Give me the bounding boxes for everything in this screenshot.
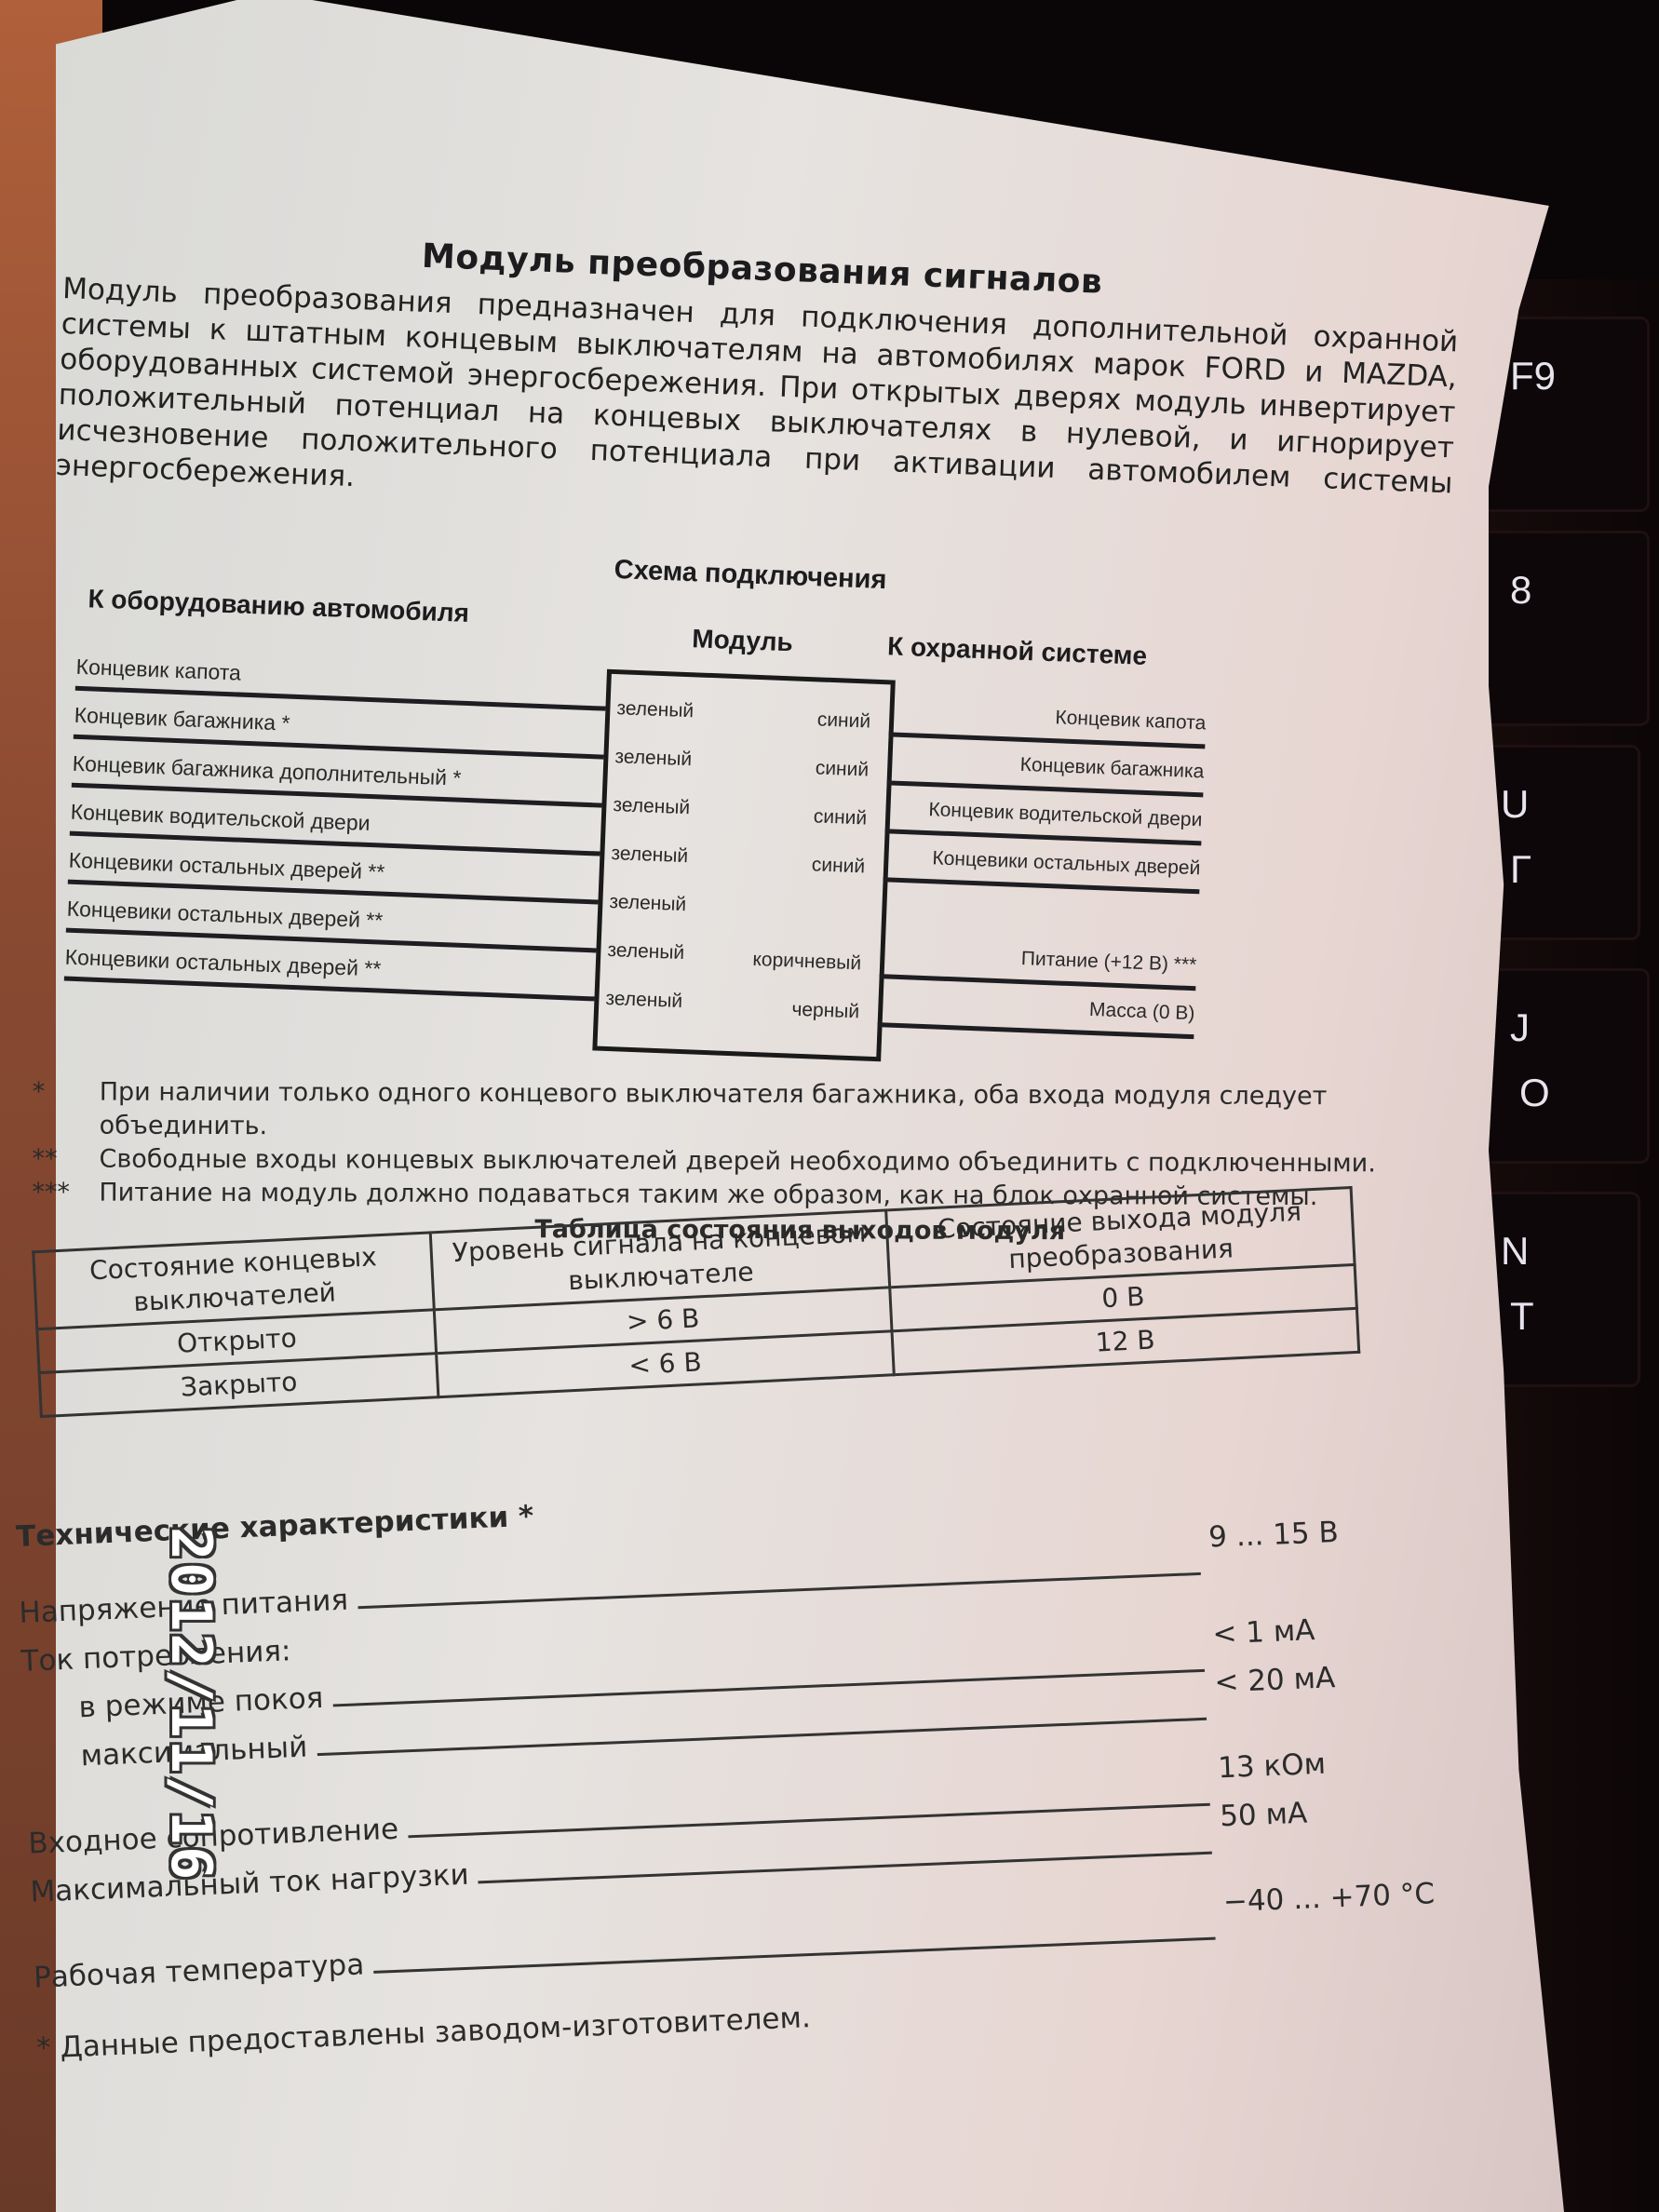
- photo-date-stamp: 2012/11/16: [158, 1527, 223, 1882]
- spec-name: Рабочая температура: [34, 1948, 365, 1994]
- module-header: Модуль: [692, 624, 794, 657]
- technical-specs: Технические характеристики * Напряжение …: [15, 1464, 1432, 2066]
- wiring-diagram: К оборудованию автомобиля Модуль К охран…: [34, 573, 1447, 1092]
- module-input-pin: зеленый: [607, 939, 685, 964]
- spec-value: < 20 мА: [1214, 1658, 1420, 1700]
- left-wire-label: Концевик капота: [75, 654, 241, 686]
- spec-value: −40 ... +70 °C: [1222, 1877, 1428, 1919]
- spec-value: 9 ... 15 В: [1208, 1513, 1414, 1555]
- left-wire-label: Концевики остальных дверей **: [66, 897, 384, 934]
- keyboard-key: 8: [1473, 531, 1650, 726]
- spec-value: 50 мА: [1220, 1791, 1425, 1833]
- right-wire-label: [883, 894, 1199, 906]
- left-wire-label: Концевик багажника *: [74, 703, 290, 736]
- wire-line: [883, 877, 1199, 894]
- left-wire-label: Концевики остальных дверей **: [64, 945, 382, 982]
- intro-paragraph: Модуль преобразования предназначен для п…: [55, 271, 1459, 536]
- left-wire-label: Концевик водительской двери: [70, 800, 371, 836]
- footnote: ** Свободные входы концевых выключателей…: [32, 1142, 1428, 1180]
- module-input-pin: зеленый: [605, 988, 683, 1013]
- right-column-header: К охранной системе: [887, 631, 1148, 671]
- wire-line: [888, 732, 1205, 749]
- module-input-pin: зеленый: [614, 746, 693, 771]
- spec-value: < 1 мА: [1212, 1610, 1418, 1652]
- module-input-pin: зеленый: [613, 794, 691, 819]
- right-wire-label: Концевик водительской двери: [885, 797, 1203, 831]
- footnotes: * При наличии только одного концевого вы…: [32, 1075, 1429, 1423]
- left-column-header: К оборудованию автомобиля: [88, 584, 470, 628]
- leader-line: [373, 1937, 1215, 1974]
- module-input-pin: зеленый: [611, 843, 689, 868]
- right-wire-label: Концевик капота: [889, 700, 1207, 735]
- wire-line: [64, 977, 595, 1002]
- right-wire-label: Питание (+12 В) ***: [880, 942, 1197, 977]
- module-input-pin: зеленый: [616, 697, 695, 722]
- right-wire-label: Концевик багажника: [887, 749, 1205, 783]
- wire-line: [886, 780, 1203, 797]
- footnote: * При наличии только одного концевого вы…: [33, 1075, 1429, 1147]
- wire-line: [880, 974, 1196, 991]
- keyboard-key: J О: [1473, 968, 1650, 1164]
- right-wire-label: Масса (0 В): [878, 991, 1195, 1025]
- spec-value: 13 кОм: [1217, 1744, 1423, 1786]
- wire-line: [884, 829, 1201, 845]
- left-wire-label: Концевики остальных дверей **: [68, 848, 385, 885]
- wire-line: [878, 1022, 1194, 1039]
- module-input-pin: зеленый: [609, 891, 687, 916]
- specs-footnote: * Данные предоставлены заводом-изготовит…: [36, 1976, 1433, 2065]
- spec-list: Напряжение питания9 ... 15 ВТок потребле…: [18, 1526, 1430, 1995]
- right-wire-label: Концевики остальных дверей: [883, 845, 1201, 880]
